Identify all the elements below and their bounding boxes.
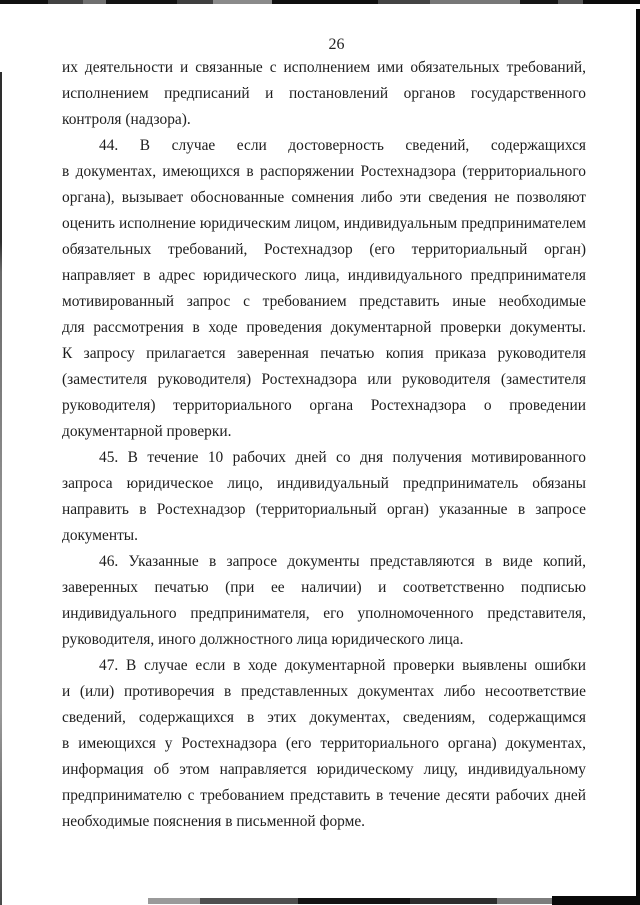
text-line: (заместителя руководителя) Ростехнадзора…: [62, 367, 586, 393]
document-body: их деятельности и связанные с исполнение…: [62, 55, 586, 835]
scan-artifact-bottom-right-edge: [552, 896, 640, 905]
scanned-document-page: 26 их деятельности и связанные с исполне…: [0, 0, 640, 905]
text-line: в имеющихся у Ростехнадзора (его террито…: [62, 731, 586, 757]
text-line: 46. Указанные в запросе документы предст…: [62, 549, 586, 575]
text-line: сведений, содержащихся в этих документах…: [62, 705, 586, 731]
text-line: контроля (надзора).: [62, 107, 586, 133]
text-line: и (или) противоречия в представленных до…: [62, 679, 586, 705]
text-line: направить в Ростехнадзор (территориальны…: [62, 497, 586, 523]
text-line: документы.: [62, 523, 586, 549]
text-line: исполнением предписаний и постановлений …: [62, 81, 586, 107]
text-line: предпринимателю с требованием представит…: [62, 783, 586, 809]
text-line: мотивированный запрос с требованием пред…: [62, 289, 586, 315]
text-line: необходимые пояснения в письменной форме…: [62, 809, 586, 835]
text-line: информация об этом направляется юридичес…: [62, 757, 586, 783]
text-line: направляет в адрес юридического лица, ин…: [62, 263, 586, 289]
text-line: 44. В случае если достоверность сведений…: [62, 133, 586, 159]
text-line: индивидуального предпринимателя, его упо…: [62, 601, 586, 627]
text-line: органа), вызывает обоснованные сомнения …: [62, 185, 586, 211]
page-number: 26: [62, 36, 586, 54]
text-line: К запросу прилагается заверенная печатью…: [62, 341, 586, 367]
text-line: руководителя) территориального органа Ро…: [62, 393, 586, 419]
text-line: оценить исполнение юридическим лицом, ин…: [62, 211, 586, 237]
text-line: для рассмотрения в ходе проведения докум…: [62, 315, 586, 341]
scan-artifact-left-edge: [0, 72, 2, 905]
scan-artifact-right-edge: [636, 9, 640, 905]
text-line: запроса юридическое лицо, индивидуальный…: [62, 471, 586, 497]
text-line: в документах, имеющихся в распоряжении Р…: [62, 159, 586, 185]
text-line: заверенных печатью (при ее наличии) и со…: [62, 575, 586, 601]
text-line: их деятельности и связанные с исполнение…: [62, 55, 586, 81]
text-line: обязательных требований, Ростехнадзор (е…: [62, 237, 586, 263]
text-line: документарной проверки.: [62, 419, 586, 445]
text-line: 47. В случае если в ходе документарной п…: [62, 653, 586, 679]
scan-artifact-top-edge: [0, 0, 640, 4]
text-line: руководителя, иного должностного лица юр…: [62, 627, 586, 653]
text-line: 45. В течение 10 рабочих дней со дня пол…: [62, 445, 586, 471]
